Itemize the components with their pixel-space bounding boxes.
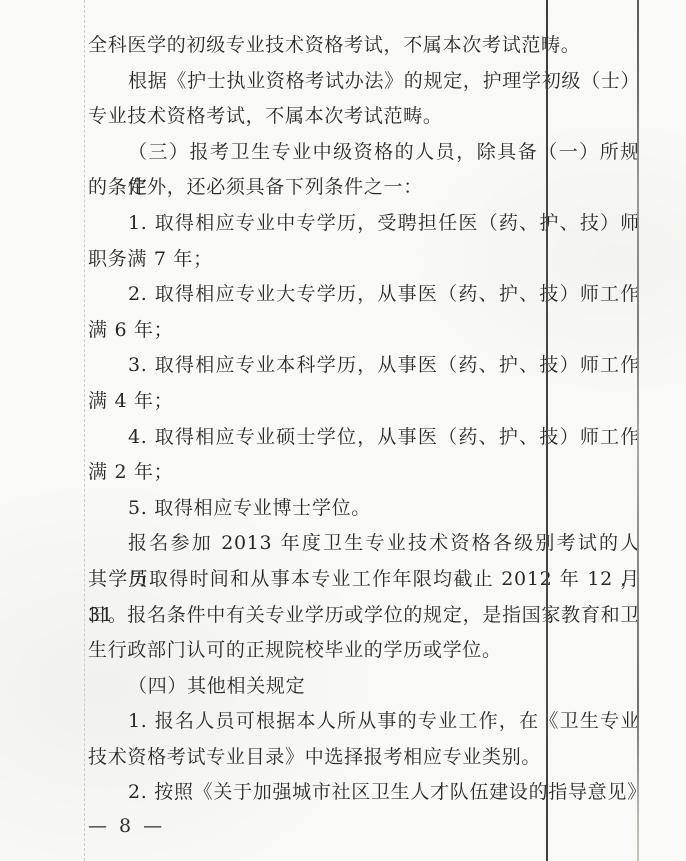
left-margin-dashed-line [84, 0, 85, 861]
text-line: 全科医学的初级专业技术资格考试，不属本次考试范畴。 [88, 28, 640, 64]
scan-fold-line-right [637, 0, 639, 861]
document-body-text: 全科医学的初级专业技术资格考试，不属本次考试范畴。根据《护士执业资格考试办法》的… [88, 28, 640, 811]
text-line: 满 2 年； [88, 455, 640, 491]
text-line: 1. 报名人员可根据本人所从事的专业工作，在《卫生专业 [88, 704, 640, 740]
text-line: 的条件外，还必须具备下列条件之一： [88, 170, 640, 206]
page-number: — 8 — [88, 812, 165, 840]
text-line: （四）其他相关规定 [88, 669, 640, 705]
text-line: 生行政部门认可的正规院校毕业的学历或学位。 [88, 633, 640, 669]
scan-fold-line-left [546, 0, 548, 861]
text-line: 报名参加 2013 年度卫生专业技术资格各级别考试的人员， [88, 526, 640, 562]
text-line: （三）报考卫生专业中级资格的人员，除具备（一）所规定 [88, 135, 640, 171]
text-line: 满 6 年； [88, 313, 640, 349]
text-line: 根据《护士执业资格考试办法》的规定，护理学初级（士） [88, 64, 640, 100]
text-line: 3. 取得相应专业本科学历，从事医（药、护、技）师工作 [88, 348, 640, 384]
text-line: 2. 按照《关于加强城市社区卫生人才队伍建设的指导意见》 [88, 775, 640, 811]
text-line: 5. 取得相应专业博士学位。 [88, 491, 640, 527]
text-line: 日。报名条件中有关专业学历或学位的规定，是指国家教育和卫 [88, 598, 640, 634]
text-line: 职务满 7 年； [88, 242, 640, 278]
text-line: 技术资格考试专业目录》中选择报考相应专业类别。 [88, 740, 640, 776]
text-line: 2. 取得相应专业大专学历，从事医（药、护、技）师工作 [88, 277, 640, 313]
text-line: 4. 取得相应专业硕士学位，从事医（药、护、技）师工作 [88, 420, 640, 456]
text-line: 满 4 年； [88, 384, 640, 420]
scanned-document-page: 全科医学的初级专业技术资格考试，不属本次考试范畴。根据《护士执业资格考试办法》的… [0, 0, 686, 861]
text-line: 1. 取得相应专业中专学历，受聘担任医（药、护、技）师 [88, 206, 640, 242]
text-line: 专业技术资格考试，不属本次考试范畴。 [88, 99, 640, 135]
text-line: 其学历取得时间和从事本专业工作年限均截止 2012 年 12 月 31 [88, 562, 640, 598]
